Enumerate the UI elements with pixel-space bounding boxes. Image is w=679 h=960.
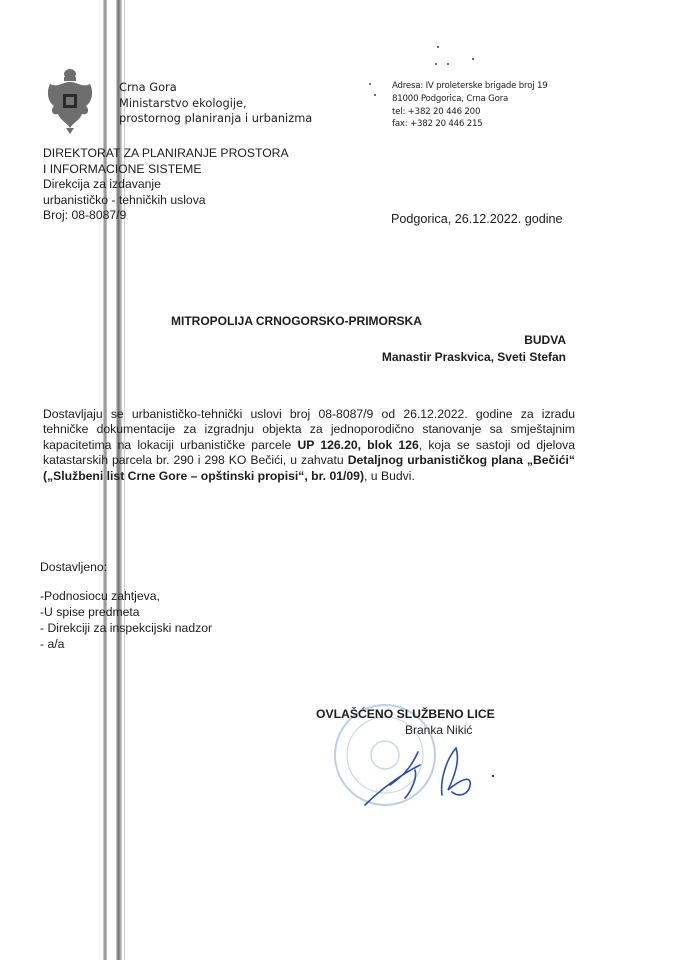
handwritten-signature [360,740,510,810]
directorate-division-cont: urbanističko - tehničkih uslova [43,193,289,209]
address-street: Adresa: IV proleterske brigade broj 19 [392,80,548,93]
parcel-reference: UP 126.20, blok 126 [297,438,418,452]
recipient-name: MITROPOLIJA CRNOGORSKO-PRIMORSKA [171,314,422,328]
signatory-title: OVLAŠĆENO SLUŽBENO LICE [316,707,495,721]
coat-of-arms-icon [44,68,96,134]
scan-speckle [374,94,376,96]
letter-body: Dostavljaju se urbanističko-tehnički usl… [43,407,575,484]
ministry-address: Adresa: IV proleterske brigade broj 19 8… [392,80,548,131]
recipient-address: Manastir Praskvica, Sveti Stefan [382,350,566,364]
ministry-name: Ministarstvo ekologije, [119,96,312,112]
scan-speckle [369,83,371,85]
ministry-name-cont: prostornog planiranja i urbanizma [119,111,312,127]
delivery-item: - a/a [40,636,212,652]
signatory-name: Branka Nikić [405,723,472,737]
ministry-header: Crna Gora Ministarstvo ekologije, prosto… [119,80,312,127]
department-block: DIREKTORAT ZA PLANIRANJE PROSTORA I INFO… [43,146,289,224]
directorate-division: Direkcija za izdavanje [43,177,289,193]
address-fax: fax: +382 20 446 215 [392,118,548,131]
scan-speckle [472,58,474,60]
directorate-name-cont: I INFORMACIONE SISTEME [43,162,289,178]
document-number: Broj: 08-8087/9 [43,208,289,224]
body-text: , u Budvi. [364,469,415,483]
directorate-name: DIREKTORAT ZA PLANIRANJE PROSTORA [43,146,289,162]
delivery-list: -Podnosiocu zahtjeva, -U spise predmeta … [40,588,212,652]
delivery-item: - Direkciji za inspekcijski nadzor [40,620,212,636]
delivered-label: Dostavljeno: [40,560,107,574]
document-date: Podgorica, 26.12.2022. godine [391,212,563,226]
scan-speckle [437,46,439,48]
recipient-city: BUDVA [524,333,566,347]
country-name: Crna Gora [119,80,312,96]
delivery-item: -U spise predmeta [40,604,212,620]
address-city: 81000 Podgorica, Crna Gora [392,93,548,106]
scan-speckle [447,63,449,65]
delivery-item: -Podnosiocu zahtjeva, [40,588,212,604]
address-tel: tel: +382 20 446 200 [392,106,548,119]
scan-speckle [435,63,437,65]
